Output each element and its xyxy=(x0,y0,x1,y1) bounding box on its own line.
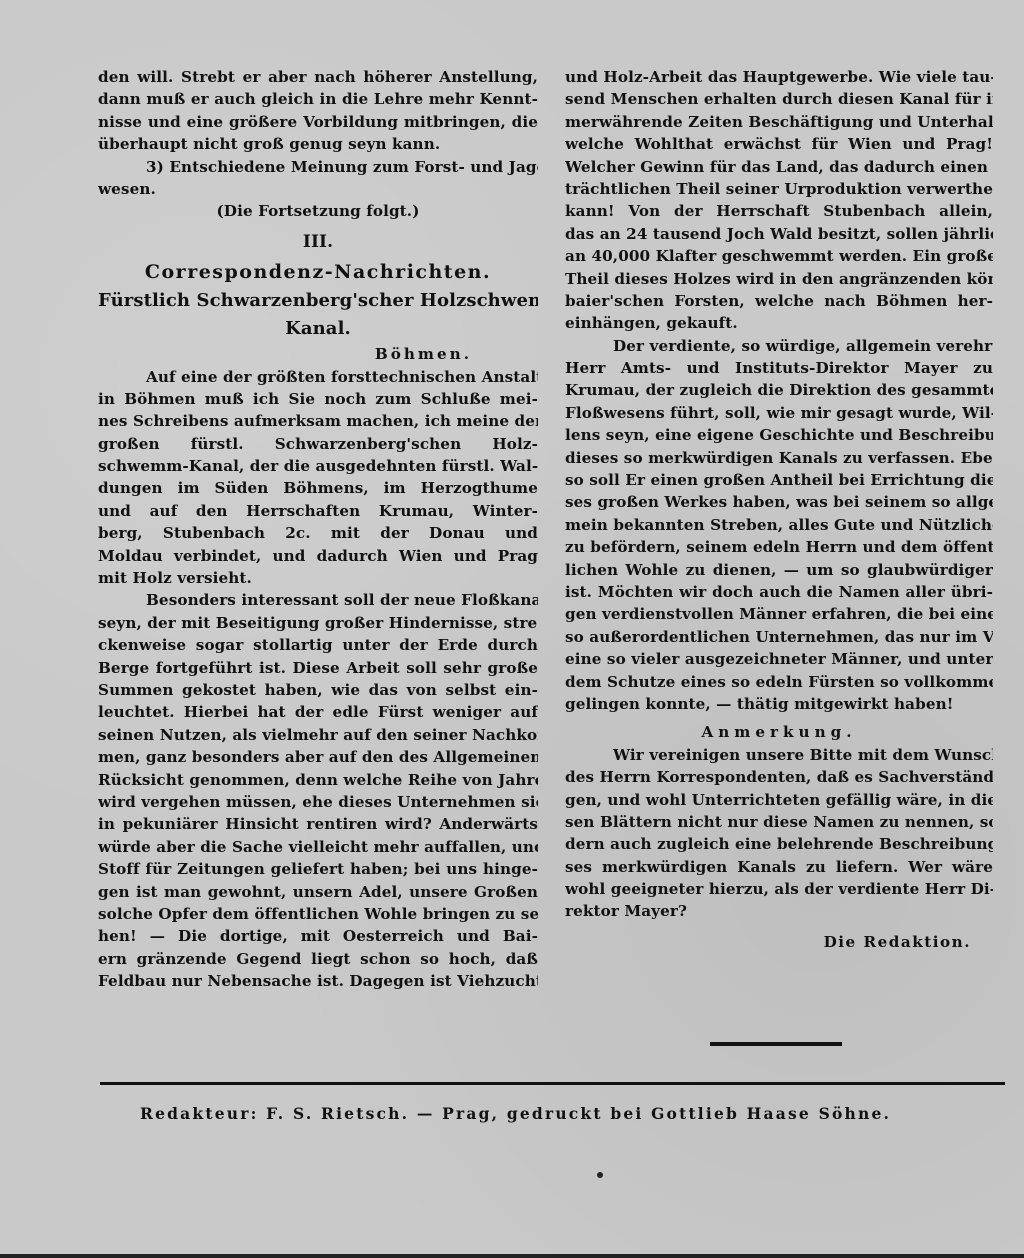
text-line: lichen Wohle zu dienen, — um so glaubwür… xyxy=(565,559,993,581)
text-line: gen ist man gewohnt, unsern Adel, unsere… xyxy=(98,881,538,903)
text-line: gen, und wohl Unterrichteten gefällig wä… xyxy=(565,789,993,811)
text-line: so außerordentlichen Unternehmen, das nu… xyxy=(565,626,993,648)
text-line: Summen gekostet haben, wie das von selbs… xyxy=(98,679,538,701)
text-line: großen fürstl. Schwarzenberg'schen Holz- xyxy=(98,433,538,455)
text-line: Auf eine der größten forsttechnischen An… xyxy=(98,366,538,388)
end-of-article-rule xyxy=(710,1042,842,1046)
text-line: dungen im Süden Böhmens, im Herzogthume xyxy=(98,477,538,499)
ink-speck xyxy=(597,1172,603,1178)
section-title: Correspondenz-Nachrichten. xyxy=(98,257,538,287)
text-line: des Herrn Korrespondenten, daß es Sachve… xyxy=(565,766,993,788)
text-line: berg, Stubenbach 2c. mit der Donau und xyxy=(98,522,538,544)
text-line: ern gränzende Gegend liegt schon so hoch… xyxy=(98,948,538,970)
text-line: Berge fortgeführt ist. Diese Arbeit soll… xyxy=(98,657,538,679)
list-item-3: 3) Entschiedene Meinung zum Forst- und J… xyxy=(98,156,538,178)
text-line: Moldau verbindet, und dadurch Wien und P… xyxy=(98,545,538,567)
text-line: den will. Strebt er aber nach höherer An… xyxy=(98,66,538,88)
text-line: ses großen Werkes haben, was bei seinem … xyxy=(565,491,993,513)
text-line: zu befördern, seinem edeln Herrn und dem… xyxy=(565,536,993,558)
text-line: kann! Von der Herrschaft Stubenbach alle… xyxy=(565,200,993,222)
text-line: solche Opfer dem öffentlichen Wohle brin… xyxy=(98,903,538,925)
text-line: würde aber die Sache vielleicht mehr auf… xyxy=(98,836,538,858)
text-line: in Böhmen muß ich Sie noch zum Schluße m… xyxy=(98,388,538,410)
text-line: schwemm-Kanal, der die ausgedehnten fürs… xyxy=(98,455,538,477)
text-line: nisse und eine größere Vorbildung mitbri… xyxy=(98,111,538,133)
text-line: Herr Amts- und Instituts-Direktor Mayer … xyxy=(565,357,993,379)
text-line: mit Holz versieht. xyxy=(98,567,538,589)
text-line: seyn, der mit Beseitigung großer Hindern… xyxy=(98,612,538,634)
text-line: Feldbau nur Nebensache ist. Dagegen ist … xyxy=(98,970,538,992)
text-line: gen verdienstvollen Männer erfahren, die… xyxy=(565,603,993,625)
text-line: Wir vereinigen unsere Bitte mit dem Wuns… xyxy=(565,744,993,766)
text-line: das an 24 tausend Joch Wald besitzt, sol… xyxy=(565,223,993,245)
text-line: in pekuniärer Hinsicht rentiren wird? An… xyxy=(98,813,538,835)
text-line: einhängen, gekauft. xyxy=(565,312,993,334)
dateline-place: Böhmen. xyxy=(98,343,538,365)
text-line: mein bekannten Streben, alles Gute und N… xyxy=(565,514,993,536)
text-line: merwährende Zeiten Beschäftigung und Unt… xyxy=(565,111,993,133)
text-line: ses merkwürdigen Kanals zu liefern. Wer … xyxy=(565,856,993,878)
text-line: dann muß er auch gleich in die Lehre meh… xyxy=(98,88,538,110)
text-line: lens seyn, eine eigene Geschichte und Be… xyxy=(565,424,993,446)
text-line: welche Wohlthat erwächst für Wien und Pr… xyxy=(565,133,993,155)
imprint-footer: Redakteur: F. S. Rietsch. — Prag, gedruc… xyxy=(140,1104,960,1123)
text-line: Welcher Gewinn für das Land, das dadurch… xyxy=(565,156,993,178)
text-line: send Menschen erhalten durch diesen Kana… xyxy=(565,88,993,110)
footer-divider xyxy=(100,1082,1005,1085)
article-title-line: Kanal. xyxy=(98,315,538,343)
text-line: trächtlichen Theil seiner Urproduktion v… xyxy=(565,178,993,200)
text-line: ckenweise sogar stollartig unter der Erd… xyxy=(98,634,538,656)
right-column: und Holz-Arbeit das Hauptgewerbe. Wie vi… xyxy=(565,66,993,953)
text-line: rektor Mayer? xyxy=(565,900,993,922)
section-numeral: III. xyxy=(98,231,538,253)
text-line: men, ganz besonders aber auf den des All… xyxy=(98,746,538,768)
text-line: und auf den Herrschaften Krumau, Winter- xyxy=(98,500,538,522)
left-column: den will. Strebt er aber nach höherer An… xyxy=(98,66,538,992)
text-line: ist. Möchten wir doch auch die Namen all… xyxy=(565,581,993,603)
scan-edge xyxy=(0,1254,1024,1258)
text-line: dieses so merkwürdigen Kanals zu verfass… xyxy=(565,447,993,469)
text-line: sen Blättern nicht nur diese Namen zu ne… xyxy=(565,811,993,833)
text-line: Floßwesens führt, soll, wie mir gesagt w… xyxy=(565,402,993,424)
text-line: hen! — Die dortige, mit Oesterreich und … xyxy=(98,925,538,947)
text-line: gelingen konnte, — thätig mitgewirkt hab… xyxy=(565,693,993,715)
text-line: seinen Nutzen, als vielmehr auf den sein… xyxy=(98,724,538,746)
signature: Die Redaktion. xyxy=(565,931,993,953)
text-line: baier'schen Forsten, welche nach Böhmen … xyxy=(565,290,993,312)
continuation-note: (Die Fortsetzung folgt.) xyxy=(98,200,538,222)
list-item-3-cont: wesen. xyxy=(98,178,538,200)
text-line: eine so vieler ausgezeichneter Männer, u… xyxy=(565,648,993,670)
text-line: leuchtet. Hierbei hat der edle Fürst wen… xyxy=(98,701,538,723)
text-line: so soll Er einen großen Antheil bei Erri… xyxy=(565,469,993,491)
text-line: Stoff für Zeitungen geliefert haben; bei… xyxy=(98,858,538,880)
text-line: überhaupt nicht groß genug seyn kann. xyxy=(98,133,538,155)
text-line: an 40,000 Klafter geschwemmt werden. Ein… xyxy=(565,245,993,267)
article-title-line: Fürstlich Schwarzenberg'scher Holzschwem… xyxy=(98,287,538,315)
scanned-page: den will. Strebt er aber nach höherer An… xyxy=(0,0,1024,1258)
text-line: Rücksicht genommen, denn welche Reihe vo… xyxy=(98,769,538,791)
text-line: Krumau, der zugleich die Direktion des g… xyxy=(565,379,993,401)
text-line: dem Schutze eines so edeln Fürsten so vo… xyxy=(565,671,993,693)
text-line: wird vergehen müssen, ehe dieses Unterne… xyxy=(98,791,538,813)
text-line: nes Schreibens aufmerksam machen, ich me… xyxy=(98,410,538,432)
note-heading: Anmerkung. xyxy=(565,721,993,743)
text-line: Der verdiente, so würdige, allgemein ver… xyxy=(565,335,993,357)
text-line: und Holz-Arbeit das Hauptgewerbe. Wie vi… xyxy=(565,66,993,88)
text-line: Theil dieses Holzes wird in den angränze… xyxy=(565,268,993,290)
text-line: dern auch zugleich eine belehrende Besch… xyxy=(565,833,993,855)
text-line: wohl geeigneter hierzu, als der verdient… xyxy=(565,878,993,900)
text-line: Besonders interessant soll der neue Floß… xyxy=(98,589,538,611)
